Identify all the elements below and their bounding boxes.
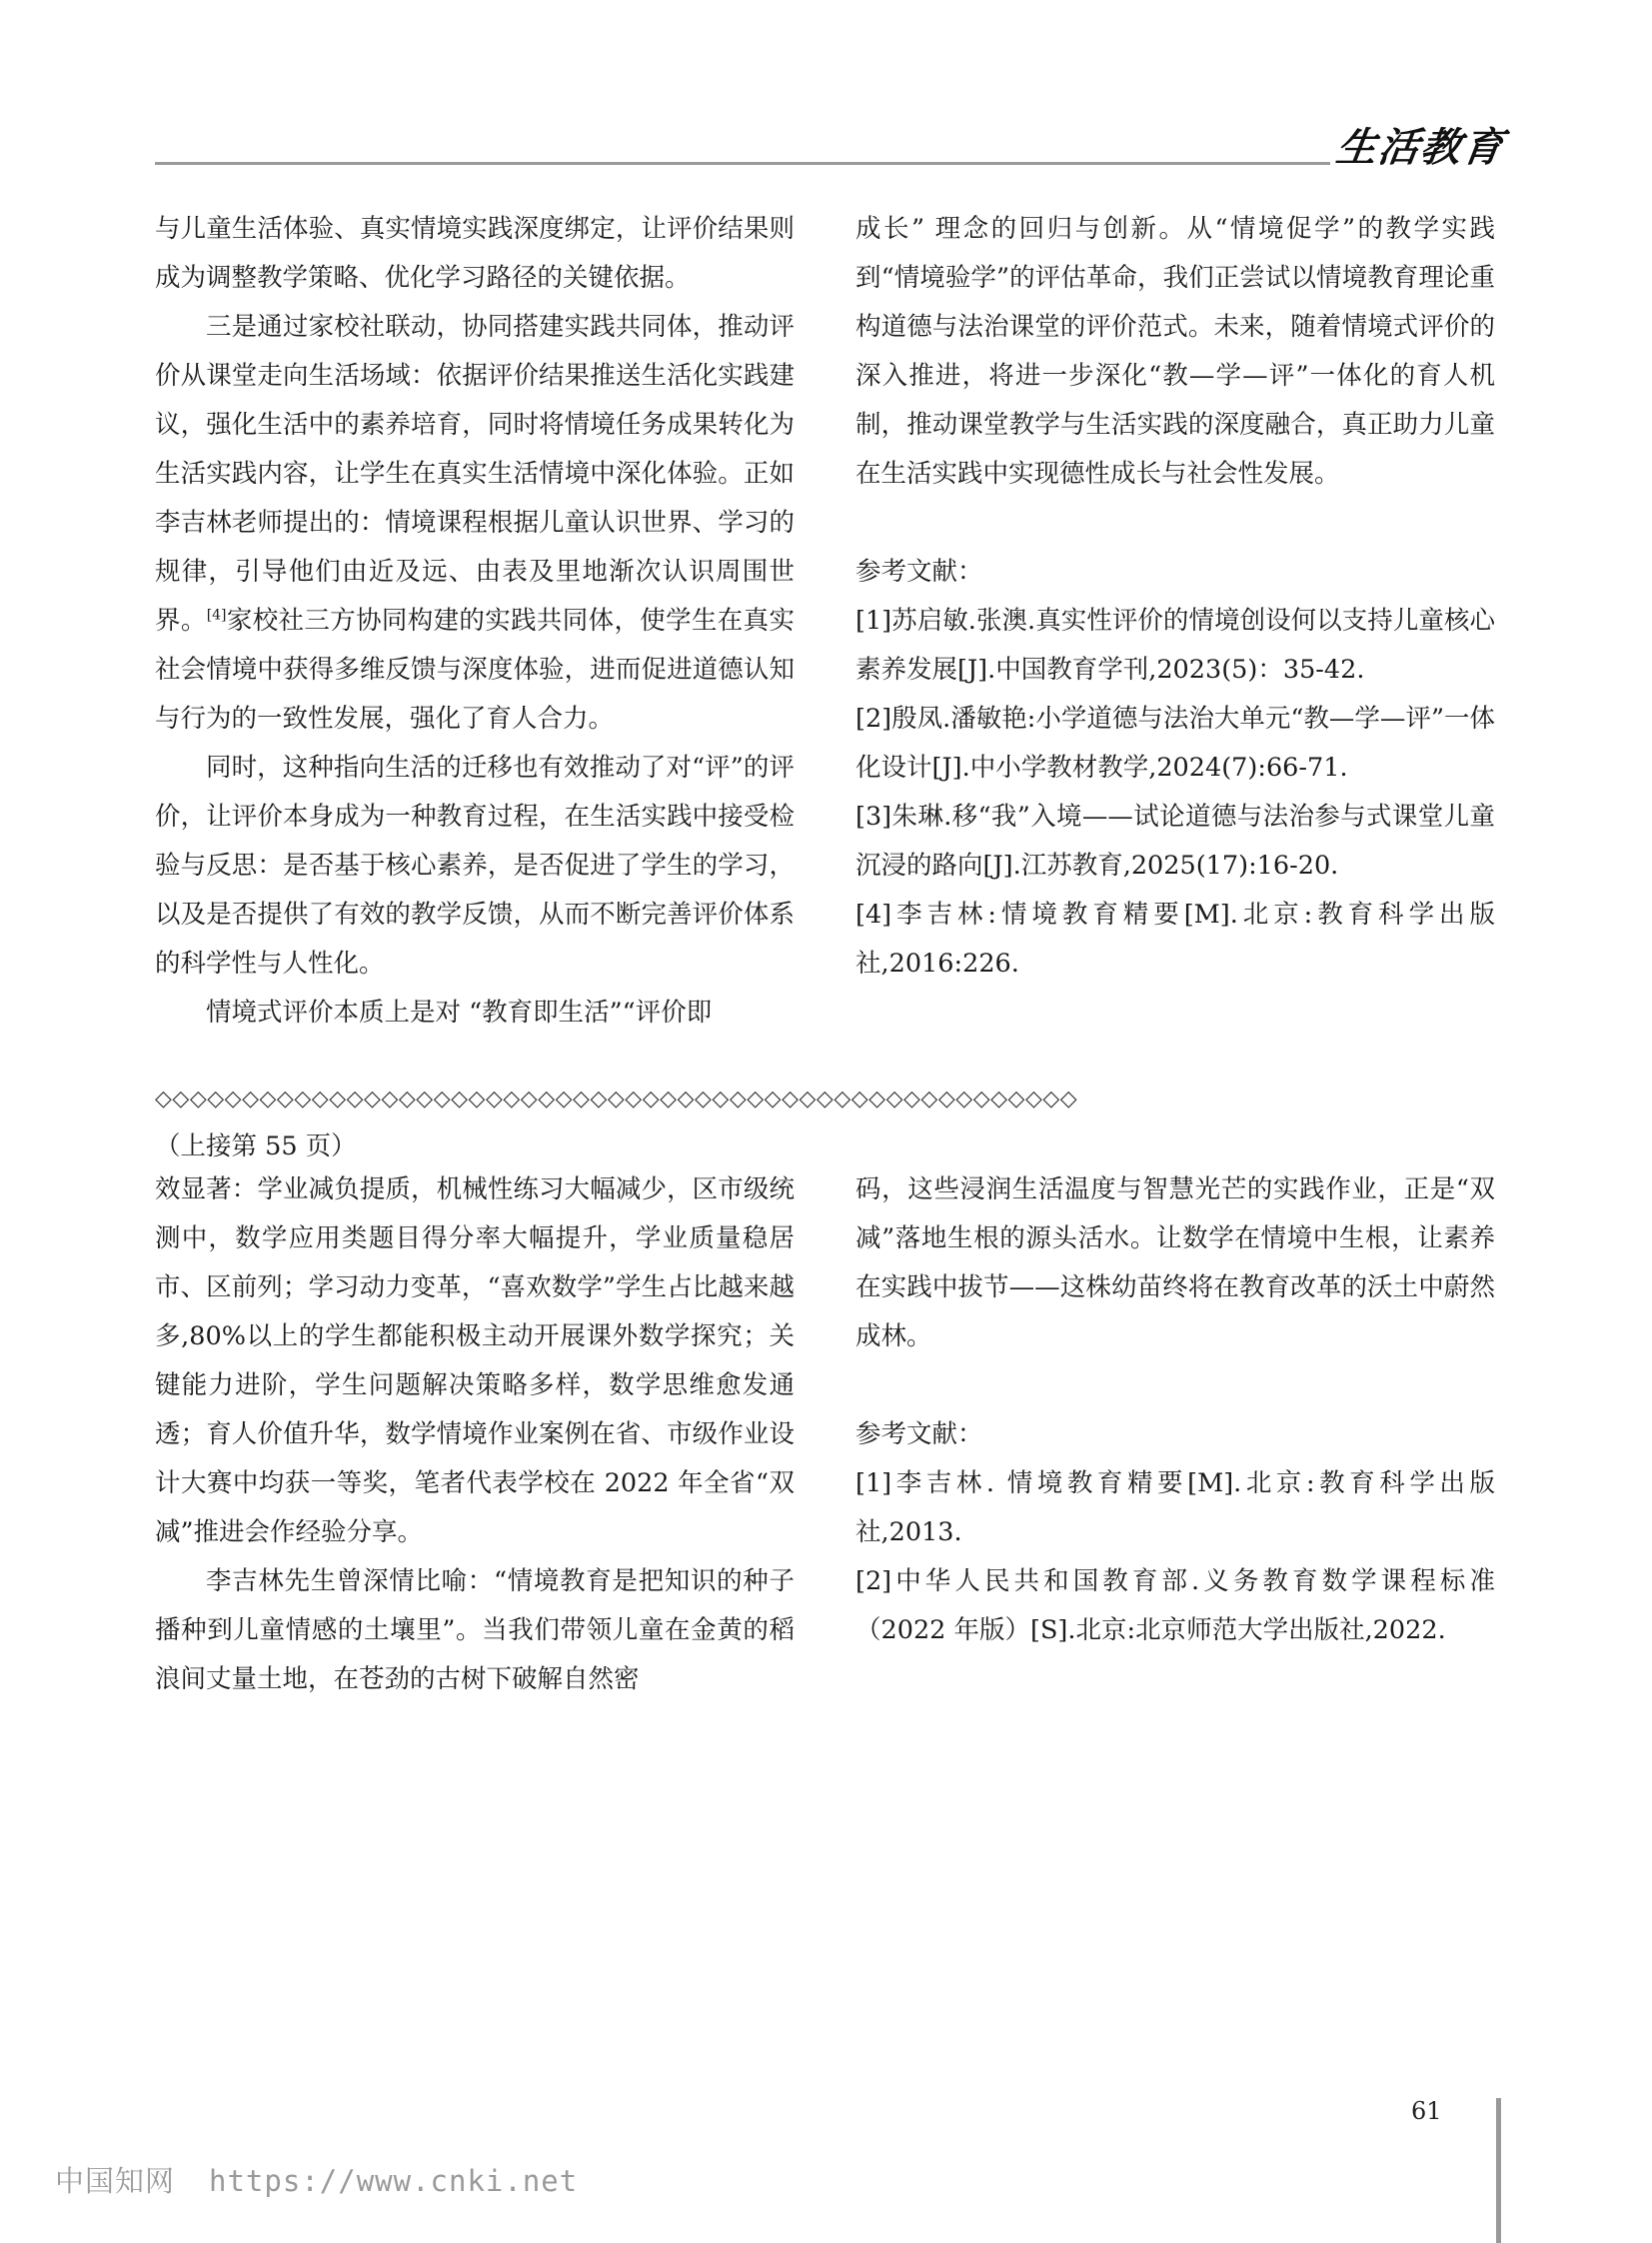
watermark-name: 中国知网 — [55, 2164, 175, 2198]
paragraph: 码，这些浸润生活温度与智慧光芒的实践作业，正是“双减”落地生根的源头活水。让数学… — [855, 1165, 1495, 1361]
paragraph: 成长” 理念的回归与创新。从“情境促学”的教学实践到“情境验学”的评估革命，我们… — [855, 205, 1495, 499]
reference-item: [2]殷凤.潘敏艳:小学道德与法治大单元“教—学—评”一体化设计[J].中小学教… — [855, 695, 1495, 793]
article-left-column: 与儿童生活体验、真实情境实践深度绑定，让评价结果则成为调整教学策略、优化学习路径… — [155, 205, 795, 1038]
paragraph: 与儿童生活体验、真实情境实践深度绑定，让评价结果则成为调整教学策略、优化学习路径… — [155, 205, 795, 303]
continued-from-note: （上接第 55 页） — [155, 1122, 357, 1171]
diamond-divider: ◇◇◇◇◇◇◇◇◇◇◇◇◇◇◇◇◇◇◇◇◇◇◇◇◇◇◇◇◇◇◇◇◇◇◇◇◇◇◇◇… — [155, 1087, 1494, 1112]
page-number: 61 — [1411, 2097, 1442, 2125]
references-title: 参考文献： — [855, 1410, 1495, 1459]
paragraph-text: 家校社三方协同构建的实践共同体，使学生在真实社会情境中获得多维反馈与深度体验，进… — [155, 606, 795, 734]
reference-item: [1]李吉林. 情境教育精要[M].北京:教育科学出版社,2013. — [855, 1459, 1495, 1557]
article-left-column: 效显著：学业减负提质，机械性练习大幅减少，区市级统测中，数学应用类题目得分率大幅… — [155, 1165, 795, 1704]
journal-logo: 生活教育 — [1333, 116, 1509, 173]
paragraph: 情境式评价本质上是对 “教育即生活”“评价即 — [155, 989, 795, 1038]
reference-item: [4]李吉林:情境教育精要[M].北京:教育科学出版社,2016:226. — [855, 891, 1495, 989]
paragraph: 李吉林先生曾深情比喻：“情境教育是把知识的种子播种到儿童情感的土壤里”。当我们带… — [155, 1557, 795, 1704]
watermark: 中国知网https://www.cnki.net — [55, 2159, 578, 2200]
references-title: 参考文献： — [855, 548, 1495, 597]
watermark-url[interactable]: https://www.cnki.net — [209, 2164, 578, 2198]
header-rule — [155, 162, 1330, 165]
paragraph-text: 三是通过家校社联动，协同搭建实践共同体，推动评价从课堂走向生活场域：依据评价结果… — [155, 312, 795, 636]
reference-item: [1]苏启敏.张澳.真实性评价的情境创设何以支持儿童核心素养发展[J].中国教育… — [855, 597, 1495, 695]
article-right-column: 成长” 理念的回归与创新。从“情境促学”的教学实践到“情境验学”的评估革命，我们… — [855, 205, 1495, 989]
reference-item: [2]中华人民共和国教育部.义务教育数学课程标准（2022 年版）[S].北京:… — [855, 1557, 1495, 1655]
paragraph: 同时，这种指向生活的迁移也有效推动了对“评”的评价，让评价本身成为一种教育过程，… — [155, 744, 795, 989]
article-right-column: 码，这些浸润生活温度与智慧光芒的实践作业，正是“双减”落地生根的源头活水。让数学… — [855, 1165, 1495, 1655]
paragraph: 效显著：学业减负提质，机械性练习大幅减少，区市级统测中，数学应用类题目得分率大幅… — [155, 1165, 795, 1557]
paragraph: 三是通过家校社联动，协同搭建实践共同体，推动评价从课堂走向生活场域：依据评价结果… — [155, 303, 795, 744]
margin-bar — [1496, 2098, 1501, 2243]
reference-item: [3]朱琳.移“我”入境——试论道德与法治参与式课堂儿童沉浸的路向[J].江苏教… — [855, 793, 1495, 891]
citation-marker[interactable]: [4] — [207, 608, 227, 624]
